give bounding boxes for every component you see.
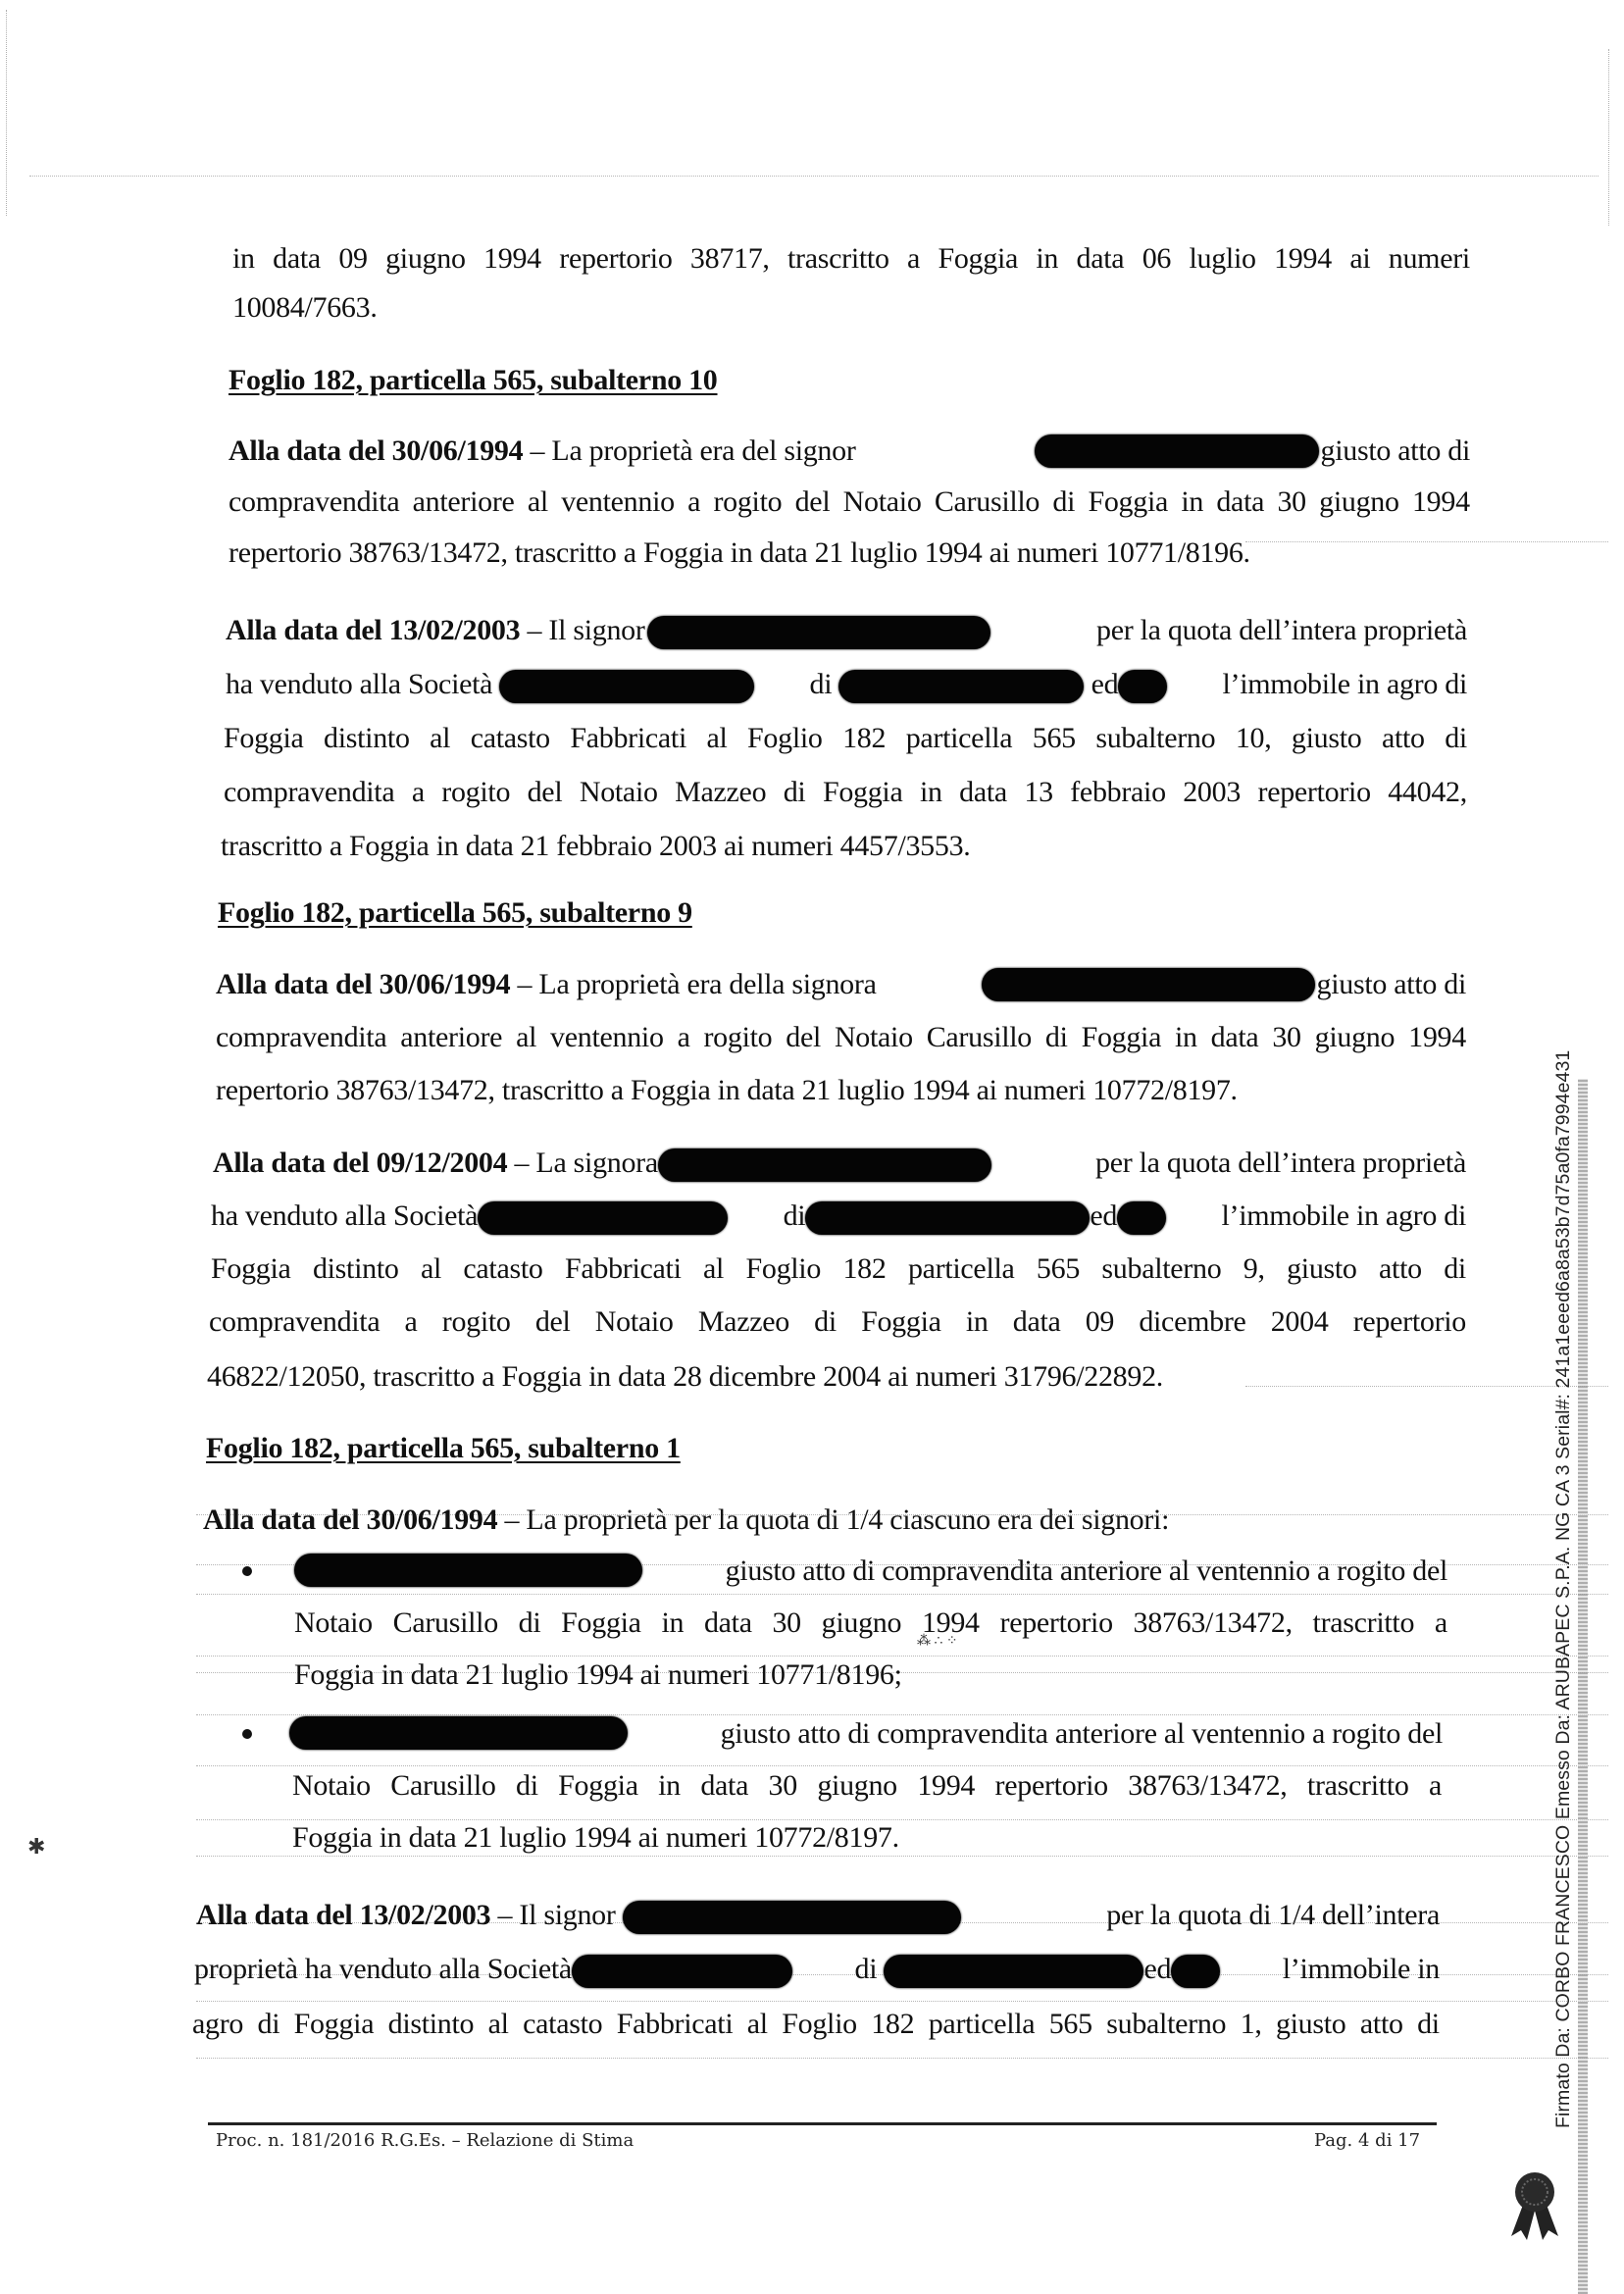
text: – Il signor — [490, 1899, 615, 1931]
word: Mazzeo — [698, 1304, 789, 1340]
text: giusto atto di — [982, 967, 1466, 1002]
text: trascritto a Foggia in data 21 febbraio … — [221, 830, 971, 862]
word: subalterno — [1095, 721, 1215, 756]
paragraph-line: compravenditaarogitodelNotaioMazzeodiFog… — [224, 775, 1467, 810]
word: repertorio — [559, 241, 672, 277]
text: 10084/7663. — [232, 291, 378, 324]
word: Foggia — [938, 241, 1018, 277]
word: catasto — [463, 1251, 542, 1287]
word: a — [1429, 1768, 1442, 1804]
word: Foggia — [294, 2007, 375, 2042]
list-item-line: NotaioCarusillodiFoggiaindata30giugno199… — [294, 1606, 1447, 1641]
text: repertorio 38763/13472, trascritto a Fog… — [216, 1074, 1238, 1106]
word: giugno — [385, 241, 466, 277]
word: 44042, — [1388, 775, 1467, 810]
word: numeri — [1389, 241, 1470, 277]
redaction — [982, 968, 1315, 1001]
text: died — [784, 1198, 1166, 1235]
word: 182 — [842, 1251, 886, 1287]
word: data — [704, 1606, 752, 1641]
word: 1994 — [483, 241, 541, 277]
word: febbraio — [1070, 775, 1166, 810]
word: compravendita — [209, 1304, 380, 1340]
text: – La proprietà era del signor — [523, 434, 855, 467]
redaction — [289, 1716, 628, 1750]
date-label: Alla data del 30/06/1994 — [203, 1504, 497, 1536]
redaction — [838, 670, 1084, 703]
redaction — [499, 670, 754, 703]
word: Foggia — [1082, 1020, 1162, 1055]
word: Notaio — [292, 1768, 371, 1804]
word: Mazzeo — [675, 775, 766, 810]
footer-rule — [208, 2122, 1437, 2125]
word: 2004 — [1271, 1304, 1329, 1340]
text: – La proprietà era della signora — [510, 968, 876, 1000]
word: 1994 — [1412, 484, 1470, 520]
word: atto — [1360, 2007, 1403, 2042]
paragraph-line: Alla data del 13/02/2003 – Il signor per… — [226, 613, 1467, 649]
section-heading: Foglio 182, particella 565, subalterno 9 — [218, 895, 692, 931]
ribbon-seal-icon — [1505, 2167, 1564, 2241]
word: al — [516, 1020, 536, 1055]
word: 9, — [1243, 1251, 1265, 1287]
word: in — [1036, 241, 1058, 277]
word: 06 — [1142, 241, 1171, 277]
text: di ed — [810, 667, 1168, 703]
word: di — [519, 1606, 541, 1641]
word: trascritto — [1307, 1768, 1409, 1804]
word: Notaio — [595, 1304, 674, 1340]
word: di — [814, 1304, 837, 1340]
paragraph-line: repertorio 38763/13472, trascritto a Fog… — [216, 1073, 1238, 1108]
word: dicembre — [1139, 1304, 1245, 1340]
text: ha venduto alla Società — [226, 668, 492, 700]
word: particella — [929, 2007, 1036, 2042]
word: 1994 — [1408, 1020, 1466, 1055]
text: di — [855, 1953, 878, 1985]
word: rogito — [703, 1020, 772, 1055]
scan-line — [196, 1714, 1608, 1715]
text: ed — [1090, 1199, 1117, 1232]
scan-margin-line — [6, 10, 7, 216]
word: giugno — [1319, 484, 1399, 520]
word: distinto — [313, 1251, 399, 1287]
word: 13 — [1024, 775, 1052, 810]
text: Alla data del 30/06/1994 – La proprietà … — [228, 433, 856, 469]
word: subalterno — [1101, 1251, 1221, 1287]
word: 565 — [1033, 721, 1076, 756]
word: Foggia — [823, 775, 903, 810]
word: compravendita — [228, 484, 399, 520]
word: 1994 — [1274, 241, 1332, 277]
paragraph-line: Alla data del 13/02/2003 – Il signor per… — [196, 1898, 1440, 1934]
text: di — [810, 668, 833, 700]
word: agro — [192, 2007, 243, 2042]
footer-page-number: Pag. 4 di 17 — [1314, 2130, 1420, 2151]
word: 10, — [1236, 721, 1272, 756]
paragraph-line: compravenditaarogitodelNotaioMazzeodiFog… — [209, 1304, 1466, 1340]
word: data — [700, 1768, 748, 1804]
redaction — [647, 616, 990, 649]
word: rogito — [713, 484, 782, 520]
word: giugno — [1315, 1020, 1396, 1055]
word: a — [1435, 1606, 1447, 1641]
word: di — [784, 775, 806, 810]
word: 38717, — [690, 241, 770, 277]
word: di — [1444, 1251, 1466, 1287]
scan-line — [29, 176, 1599, 177]
text: – La proprietà per la quota di 1/4 ciasc… — [497, 1504, 1169, 1536]
text: l’immobile in agro di — [1221, 1198, 1466, 1235]
word: di — [1445, 721, 1467, 756]
word: 1994 — [917, 1768, 975, 1804]
word: anteriore — [413, 484, 515, 520]
word: Foglio — [747, 721, 823, 756]
paragraph-line: Alla data del 30/06/1994 – La proprietà … — [216, 967, 1466, 1002]
word: Foggia — [211, 1251, 291, 1287]
word: subalterno — [1106, 2007, 1226, 2042]
word: Notaio — [294, 1606, 373, 1641]
redaction — [572, 1955, 792, 1988]
scan-line — [196, 1656, 1608, 1657]
text: ha venduto alla Società — [226, 667, 754, 703]
word: Carusillo — [927, 1020, 1032, 1055]
word: Carusillo — [935, 484, 1040, 520]
word: Notaio — [835, 1020, 913, 1055]
word: distinto — [388, 2007, 475, 2042]
redaction — [1171, 1955, 1220, 1988]
word: particella — [908, 1251, 1015, 1287]
word: 09 — [338, 241, 367, 277]
word: giusto — [1292, 721, 1362, 756]
word: 09 — [1086, 1304, 1114, 1340]
word: 38763/13472, — [1128, 1768, 1287, 1804]
word: del — [795, 484, 831, 520]
word: in — [232, 241, 255, 277]
word: al — [430, 721, 450, 756]
word: giugno — [817, 1768, 897, 1804]
word: di — [1045, 1020, 1068, 1055]
word: Notaio — [580, 775, 658, 810]
bullet-icon — [242, 1566, 252, 1576]
word: in — [1175, 1020, 1197, 1055]
paragraph-line: Alla data del 09/12/2004 – La signora pe… — [213, 1146, 1466, 1182]
word: Fabbricati — [565, 1251, 682, 1287]
paragraph-line: Alla data del 30/06/1994 – La proprietà … — [228, 433, 1470, 469]
body-text-line: 10084/7663. — [232, 290, 378, 326]
word: data — [273, 241, 321, 277]
word: del — [528, 775, 563, 810]
paragraph-line: ha venduto alla Società died l’immobile … — [211, 1198, 1466, 1235]
word: 182 — [842, 721, 886, 756]
text: di — [784, 1199, 806, 1232]
word: in — [658, 1768, 681, 1804]
paragraph-line: Alla data del 30/06/1994 – La proprietà … — [203, 1503, 1169, 1538]
word: compravendita — [216, 1020, 386, 1055]
word: in — [661, 1606, 684, 1641]
word: del — [535, 1304, 571, 1340]
word: atto — [1382, 721, 1425, 756]
word: rogito — [442, 1304, 511, 1340]
text: per la quota dell’intera proprietà — [1095, 1146, 1466, 1182]
redaction — [884, 1955, 1143, 1988]
text: giusto atto di compravendita anteriore a… — [721, 1716, 1443, 1752]
word: di — [1052, 484, 1075, 520]
date-label: Alla data del 13/02/2003 — [226, 614, 520, 646]
word: luglio — [1190, 241, 1256, 277]
word: ventennio — [561, 484, 675, 520]
word: particella — [906, 721, 1013, 756]
date-label: Alla data del 09/12/2004 — [213, 1147, 507, 1179]
digital-signature-text: Firmato Da: CORBO FRANCESCO Emesso Da: A… — [1552, 1050, 1575, 2128]
word: data — [1216, 484, 1264, 520]
text: proprietà ha venduto alla Società — [194, 1953, 572, 1985]
word: al — [528, 484, 548, 520]
text: Alla data del 13/02/2003 – Il signor — [226, 613, 990, 649]
paragraph-line: repertorio 38763/13472, trascritto a Fog… — [228, 535, 1250, 571]
text: ha venduto alla Società — [211, 1198, 728, 1235]
text: giusto atto di — [1321, 433, 1470, 469]
scan-smudge: ✱ — [27, 1834, 45, 1860]
date-label: Alla data del 13/02/2003 — [196, 1899, 490, 1931]
paragraph-line: compravenditaanteriorealventennioarogito… — [228, 484, 1470, 520]
paragraph-line: proprietà ha venduto alla Società di ed … — [194, 1952, 1440, 1988]
redaction — [1118, 670, 1167, 703]
text: giusto atto di — [1317, 967, 1466, 1002]
body-text-line: indata09giugno1994repertorio38717,trascr… — [232, 241, 1470, 277]
word: repertorio — [1000, 1606, 1113, 1641]
paragraph-line: FoggiadistintoalcatastoFabbricatialFogli… — [224, 721, 1467, 756]
redaction — [623, 1901, 961, 1934]
word: atto — [1379, 1251, 1422, 1287]
scan-line — [196, 1856, 1608, 1857]
scan-margin-line — [1608, 49, 1609, 226]
word: 182 — [871, 2007, 914, 2042]
word: a — [405, 1304, 418, 1340]
word: a — [687, 484, 700, 520]
word: Foglio — [782, 2007, 857, 2042]
scan-line — [196, 2001, 1608, 2002]
list-item-line: Foggia in data 21 luglio 1994 ai numeri … — [292, 1820, 899, 1856]
scan-line — [1245, 541, 1608, 542]
word: Foggia — [861, 1304, 941, 1340]
text: Alla data del 30/06/1994 – La proprietà … — [216, 967, 877, 1002]
word: Fabbricati — [617, 2007, 734, 2042]
word: al — [703, 1251, 724, 1287]
redaction — [1117, 1201, 1166, 1235]
text: giusto atto di compravendita anteriore a… — [726, 1554, 1447, 1589]
paragraph-line: FoggiadistintoalcatastoFabbricatialFogli… — [211, 1251, 1466, 1287]
signature-strip — [1578, 1079, 1588, 2294]
word: di — [1417, 2007, 1440, 2042]
scan-line — [196, 1594, 1608, 1595]
word: Carusillo — [390, 1768, 495, 1804]
scan-line — [196, 2058, 1608, 2059]
word: a — [412, 775, 425, 810]
word: Foglio — [745, 1251, 821, 1287]
paragraph-line: ha venduto alla Società di ed l’immobile… — [226, 667, 1467, 703]
word: 30 — [772, 1606, 800, 1641]
word: ai — [1349, 241, 1370, 277]
word: a — [907, 241, 920, 277]
text: giusto atto di — [1035, 433, 1470, 469]
word: trascritto — [1313, 1606, 1415, 1641]
word: 30 — [769, 1768, 797, 1804]
word: anteriore — [400, 1020, 502, 1055]
text: ed — [1143, 1953, 1171, 1985]
paragraph-line: agrodiFoggiadistintoalcatastoFabbricatia… — [192, 2007, 1440, 2042]
section-heading: Foglio 182, particella 565, subalterno 1… — [228, 363, 718, 398]
bullet-icon — [242, 1729, 252, 1739]
paragraph-line: trascritto a Foggia in data 21 febbraio … — [221, 829, 971, 864]
word: repertorio — [1353, 1304, 1466, 1340]
word: rogito — [441, 775, 510, 810]
word: in — [920, 775, 942, 810]
word: al — [488, 2007, 509, 2042]
text: ha venduto alla Società — [211, 1199, 478, 1232]
word: Foggia — [558, 1768, 638, 1804]
document-page: indata09giugno1994repertorio38717,trascr… — [0, 0, 1624, 2294]
redaction — [805, 1201, 1090, 1235]
word: 30 — [1272, 1020, 1300, 1055]
word: catasto — [523, 2007, 602, 2042]
word: data — [1013, 1304, 1061, 1340]
scan-smudge: ⁂ ∴ ⁘ — [917, 1633, 958, 1650]
word: al — [707, 721, 728, 756]
word: Foggia — [561, 1606, 641, 1641]
word: giugno — [822, 1606, 902, 1641]
text: per la quota di 1/4 dell’intera — [1106, 1898, 1440, 1934]
paragraph-line: 46822/12050, trascritto a Foggia in data… — [207, 1359, 1163, 1395]
word: repertorio — [995, 1768, 1108, 1804]
word: repertorio — [1258, 775, 1371, 810]
footer-left: Proc. n. 181/2016 R.G.Es. – Relazione di… — [216, 2130, 634, 2151]
text: Alla data del 09/12/2004 – La signora — [213, 1146, 991, 1182]
word: compravendita — [224, 775, 394, 810]
text: l’immobile in agro di — [1223, 667, 1468, 703]
word: catasto — [471, 721, 550, 756]
text: di ed — [855, 1952, 1221, 1988]
list-item: giusto atto di compravendita anteriore a… — [289, 1716, 1443, 1752]
word: distinto — [324, 721, 410, 756]
date-label: Alla data del 30/06/1994 — [216, 968, 510, 1000]
word: data — [959, 775, 1007, 810]
word: Foggia — [224, 721, 304, 756]
text: proprietà ha venduto alla Società — [194, 1952, 792, 1988]
redaction — [1035, 434, 1319, 468]
word: del — [786, 1020, 821, 1055]
list-item-line: NotaioCarusillodiFoggiaindata30giugno199… — [292, 1768, 1442, 1804]
word: Carusillo — [393, 1606, 498, 1641]
text: repertorio 38763/13472, trascritto a Fog… — [228, 536, 1250, 569]
word: giusto — [1276, 2007, 1346, 2042]
word: in — [1181, 484, 1203, 520]
text: – Il signor — [520, 614, 644, 646]
redaction — [294, 1554, 642, 1587]
word: 565 — [1049, 2007, 1092, 2042]
list-item: giusto atto di compravendita anteriore a… — [294, 1554, 1447, 1589]
word: 38763/13472, — [1134, 1606, 1293, 1641]
word: al — [747, 2007, 768, 2042]
section-heading: Foglio 182, particella 565, subalterno 1 — [206, 1431, 681, 1466]
text: Foggia in data 21 luglio 1994 ai numeri … — [292, 1821, 899, 1854]
text: 46822/12050, trascritto a Foggia in data… — [207, 1360, 1163, 1393]
word: data — [1077, 241, 1125, 277]
word: a — [678, 1020, 690, 1055]
word: di — [516, 1768, 538, 1804]
paragraph-line: compravenditaanteriorealventennioarogito… — [216, 1020, 1466, 1055]
word: giusto — [1287, 1251, 1357, 1287]
text: Alla data del 13/02/2003 – Il signor — [196, 1898, 961, 1934]
scan-line — [196, 1765, 1608, 1766]
word: 565 — [1037, 1251, 1080, 1287]
date-label: Alla data del 30/06/1994 — [228, 434, 523, 467]
word: 2003 — [1183, 775, 1241, 810]
word: data — [1211, 1020, 1259, 1055]
word: in — [966, 1304, 989, 1340]
text: l’immobile in — [1283, 1952, 1440, 1988]
text: ed — [1091, 668, 1119, 700]
redaction — [658, 1148, 991, 1182]
text: Foggia in data 21 luglio 1994 ai numeri … — [294, 1658, 902, 1691]
word: 30 — [1277, 484, 1305, 520]
word: ventennio — [550, 1020, 664, 1055]
redaction — [478, 1201, 728, 1235]
list-item-line: Foggia in data 21 luglio 1994 ai numeri … — [294, 1657, 902, 1693]
word: Foggia — [1088, 484, 1168, 520]
word: 1, — [1241, 2007, 1262, 2042]
word: al — [421, 1251, 441, 1287]
word: Notaio — [843, 484, 922, 520]
word: di — [258, 2007, 280, 2042]
text: per la quota dell’intera proprietà — [1096, 613, 1467, 649]
text: – La signora — [507, 1147, 658, 1179]
word: Fabbricati — [570, 721, 686, 756]
word: trascritto — [787, 241, 889, 277]
